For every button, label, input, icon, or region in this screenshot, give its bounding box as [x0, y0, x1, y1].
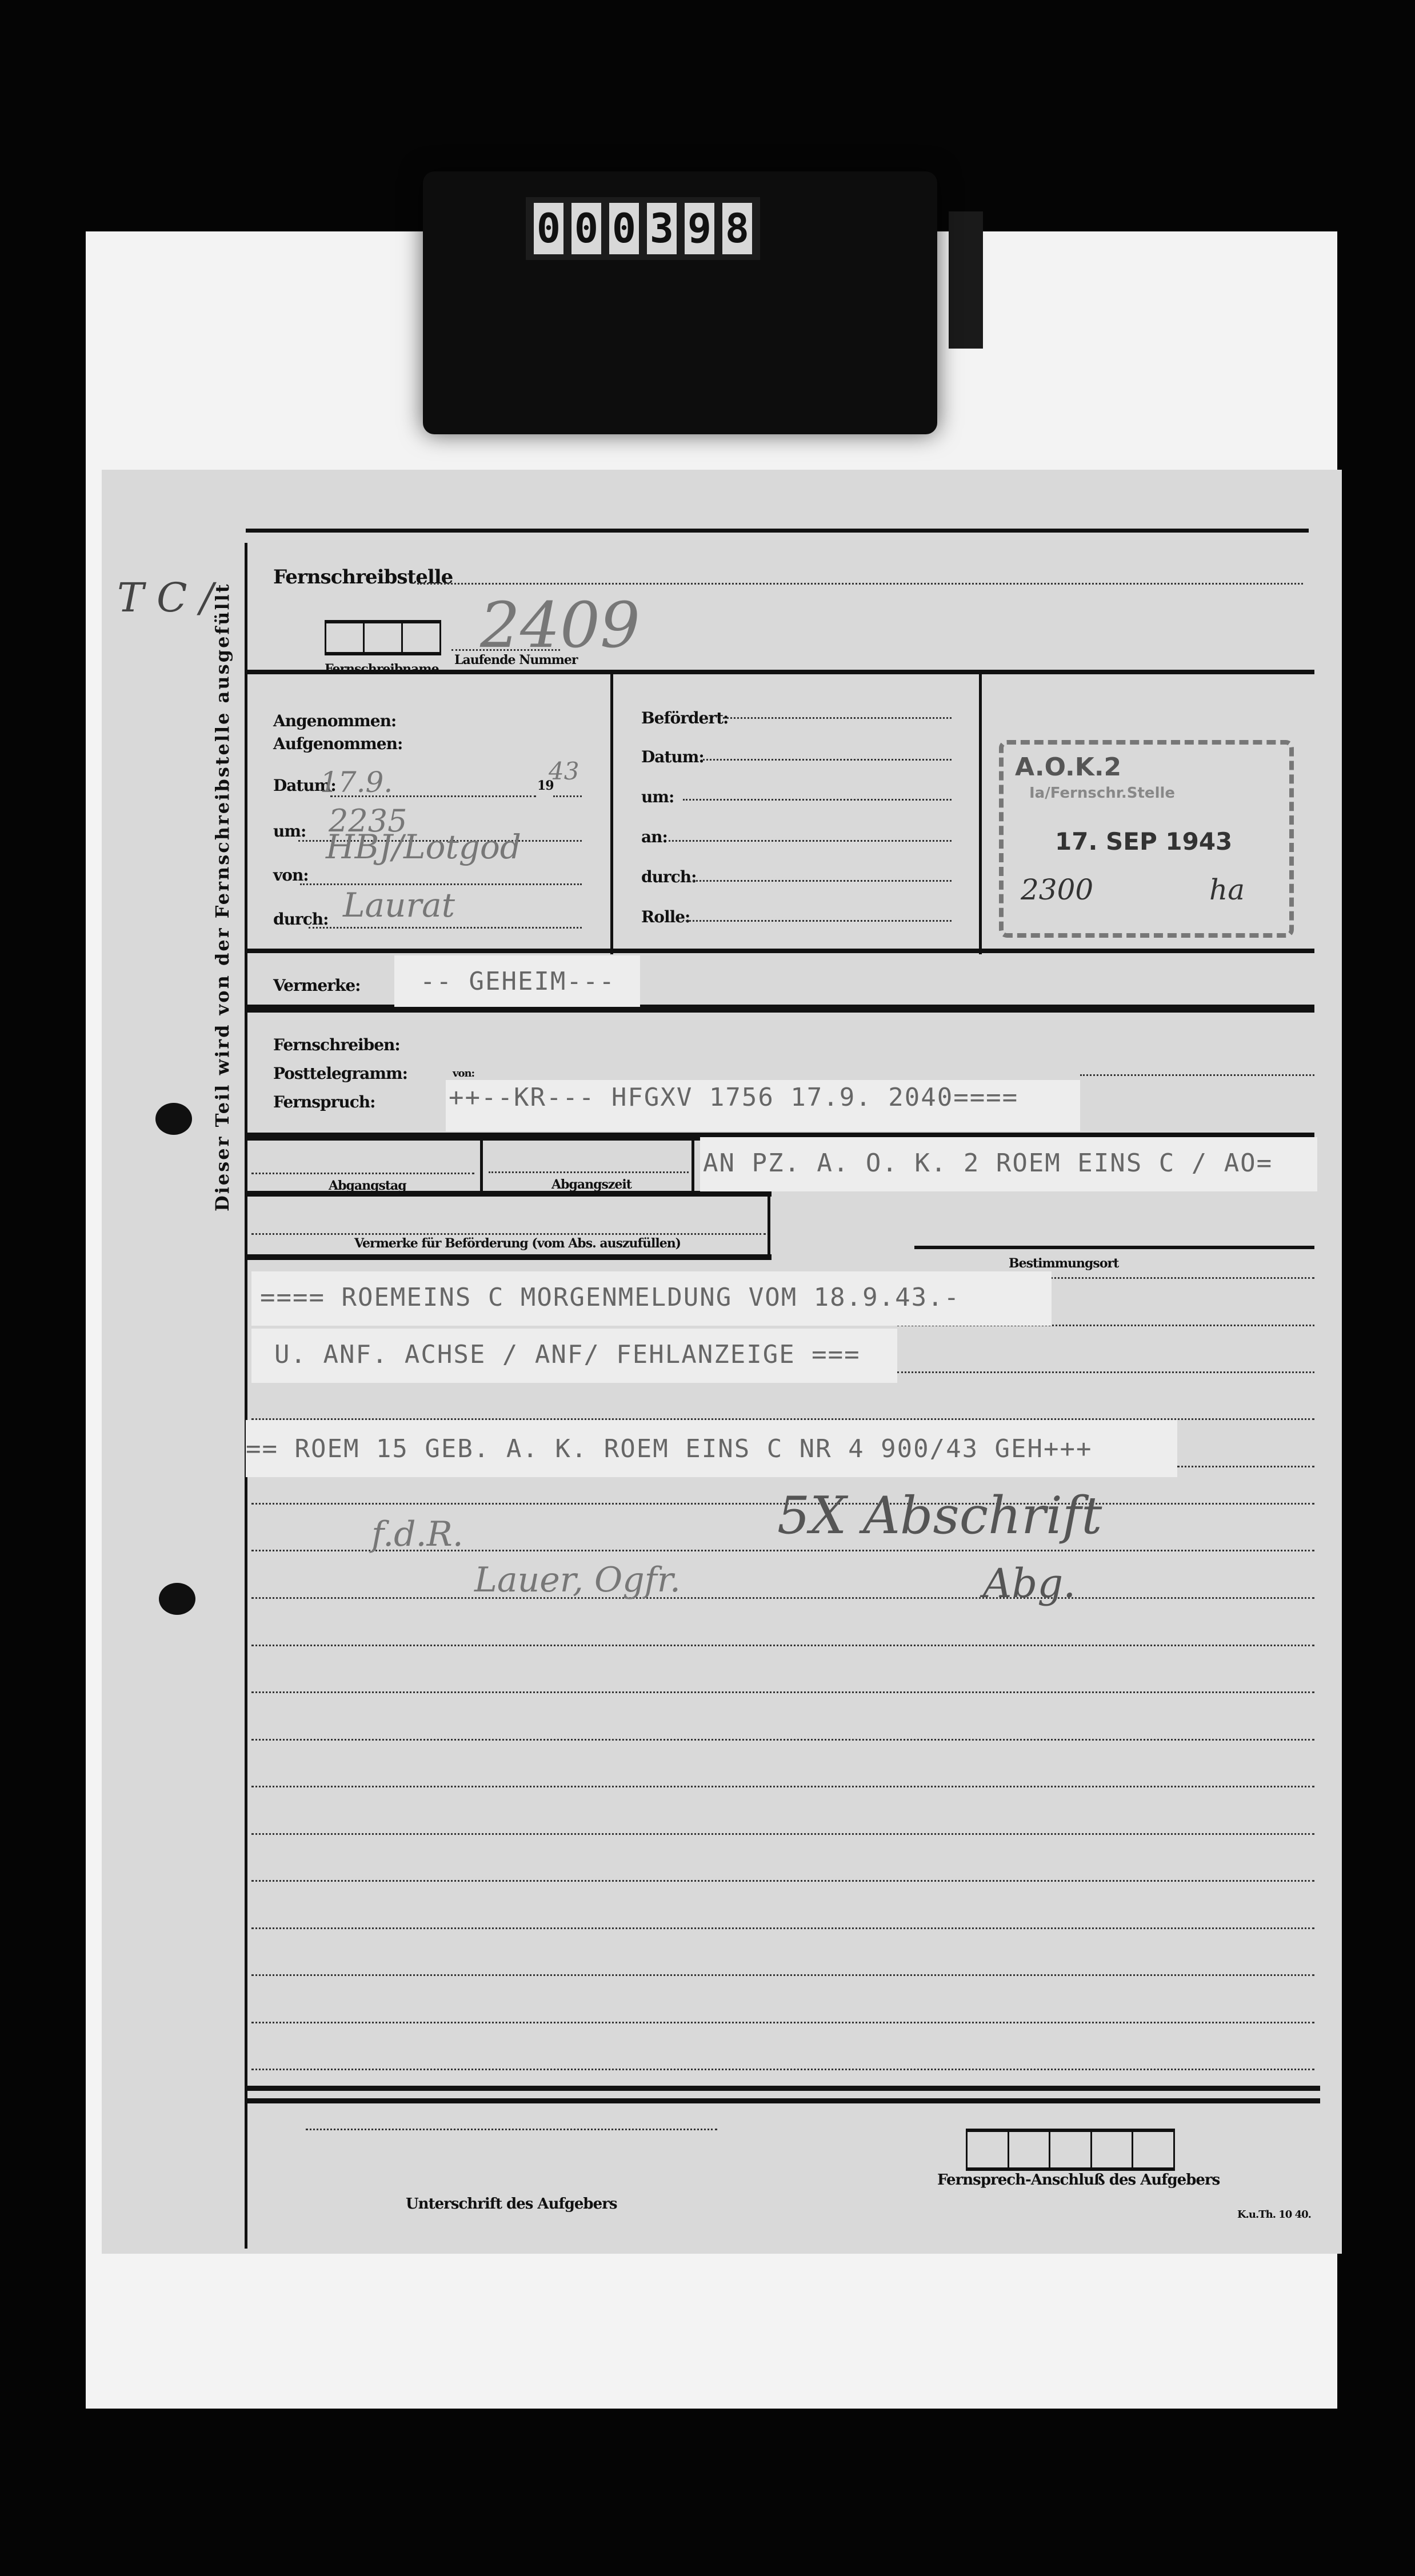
- departure-time-field[interactable]: [489, 1171, 689, 1173]
- body-line: [251, 1597, 1314, 1599]
- body-line: [251, 1645, 1314, 1646]
- rule: [246, 1254, 772, 1260]
- remarks-label: Vermerke:: [273, 976, 360, 995]
- from-value: HBJ/Lotgod: [326, 827, 521, 866]
- copy-initials: Abg.: [983, 1560, 1076, 1607]
- accepted-label: Angenommen:: [273, 711, 396, 730]
- vertical-caption: Dieser Teil wird von der Fernschreibstel…: [211, 582, 233, 1211]
- time-label: um:: [273, 822, 306, 841]
- recorded-label: Aufgenommen:: [273, 734, 402, 753]
- station-label: Fernschreibstelle: [273, 566, 453, 589]
- counter-digit: 0: [534, 203, 563, 254]
- body-line: [251, 1786, 1314, 1787]
- body-line: [251, 1927, 1314, 1929]
- type-phone-label: Fernspruch:: [273, 1093, 375, 1111]
- year-field[interactable]: [553, 795, 582, 797]
- counter-digit: 0: [571, 203, 601, 254]
- counter-digit: 0: [609, 203, 639, 254]
- body-line: [251, 1974, 1314, 1976]
- from-label: von:: [273, 866, 309, 885]
- by-label: durch:: [273, 910, 328, 929]
- signature: Lauer, Ogfr.: [474, 1560, 681, 1600]
- stamp-office: Ia/Fernschr.Stelle: [1029, 785, 1175, 802]
- counter-digit: 9: [685, 203, 714, 254]
- address-text: AN PZ. A. O. K. 2 ROEM EINS C / AO=: [703, 1149, 1273, 1178]
- departure-time-label: Abgangszeit: [551, 1177, 631, 1192]
- date-value: 17.9.: [320, 766, 393, 799]
- type-teleprint-label: Fernschreiben:: [273, 1035, 400, 1054]
- body-line: [251, 1739, 1314, 1741]
- signature-field[interactable]: [306, 2129, 717, 2130]
- classification-text: -- GEHEIM---: [420, 967, 615, 996]
- year-value: 43: [549, 757, 579, 785]
- by-value: Laurat: [343, 886, 455, 925]
- fwd-by-label: durch:: [641, 867, 696, 886]
- field-line: [1080, 1074, 1314, 1076]
- counter-digit: 3: [647, 203, 677, 254]
- counter-digit: 8: [722, 203, 752, 254]
- roll-label: Rolle:: [641, 907, 690, 926]
- from-small-label: von:: [453, 1067, 474, 1079]
- body-line: [251, 1691, 1314, 1693]
- destination-label: Bestimmungsort: [1009, 1256, 1118, 1271]
- by-field[interactable]: [309, 927, 582, 929]
- phone-label: Fernsprech-Anschluß des Aufgebers: [937, 2171, 1220, 2189]
- receipt-stamp: A.O.K.2 Ia/Fernschr.Stelle 17. SEP 1943 …: [999, 740, 1294, 938]
- body-line: [251, 2069, 1314, 2070]
- stamp-initials: ha: [1209, 873, 1245, 906]
- fwd-date-field[interactable]: [703, 759, 952, 761]
- rule: [246, 1191, 772, 1197]
- forwarded-label: Befördert:: [641, 709, 728, 727]
- rule: [246, 949, 1314, 953]
- name-label: Fernschreibname: [325, 662, 439, 677]
- rule: [246, 2098, 1320, 2103]
- fwd-to-field[interactable]: [669, 840, 952, 842]
- roll-field[interactable]: [686, 920, 952, 922]
- teleprinter-name-boxes[interactable]: [325, 620, 441, 655]
- departure-day-field[interactable]: [251, 1173, 474, 1174]
- rule: [768, 1194, 770, 1257]
- rule: [979, 674, 982, 954]
- fwd-by-field[interactable]: [689, 880, 952, 882]
- counter-clip: [949, 211, 983, 349]
- margin-note: T C /: [117, 574, 213, 621]
- stamp-date: 17. SEP 1943: [1055, 827, 1232, 855]
- counter-window: 0 0 0 3 9 8: [526, 197, 760, 260]
- body-text-line: U. ANF. ACHSE / ANF/ FEHLANZEIGE ===: [274, 1340, 861, 1369]
- punch-hole: [159, 1583, 195, 1615]
- rule: [691, 1141, 694, 1195]
- phone-boxes[interactable]: [966, 2129, 1175, 2171]
- forwarding-note-field[interactable]: [251, 1233, 766, 1235]
- body-line: [251, 2022, 1314, 2023]
- rule: [914, 1246, 1314, 1249]
- serial-number: 2409: [480, 589, 640, 662]
- body-text-line: == ROEM 15 GEB. A. K. ROEM EINS C NR 4 9…: [246, 1434, 1093, 1463]
- fwd-time-label: um:: [641, 787, 674, 806]
- left-rule: [245, 543, 247, 2249]
- body-line: [251, 1880, 1314, 1882]
- body-text-line: ==== ROEMEINS C MORGENMELDUNG VOM 18.9.4…: [260, 1283, 960, 1312]
- rule: [480, 1141, 483, 1195]
- fwd-date-label: Datum:: [641, 747, 704, 766]
- copy-note: 5X Abschrift: [777, 1486, 1102, 1546]
- signature-label: Unterschrift des Aufgebers: [406, 2195, 617, 2213]
- rule: [246, 2086, 1320, 2091]
- forwarded-field[interactable]: [723, 717, 952, 719]
- body-line: [251, 1833, 1314, 1835]
- fwd-time-field[interactable]: [683, 799, 952, 801]
- field-line[interactable]: [417, 583, 1303, 585]
- header-line-text: ++--KR--- HFGXV 1756 17.9. 2040====: [449, 1083, 1018, 1112]
- body-line: [1177, 1466, 1314, 1467]
- rule: [610, 674, 613, 954]
- top-rule: [246, 529, 1309, 533]
- fwd-to-label: an:: [641, 827, 667, 846]
- punch-hole: [155, 1103, 192, 1135]
- frame-counter: 0 0 0 3 9 8: [423, 171, 937, 434]
- forwarding-note-label: Vermerke für Beförderung (vom Abs. auszu…: [354, 1236, 681, 1251]
- certification-note: f.d.R.: [371, 1514, 463, 1554]
- stamp-unit: A.O.K.2: [1015, 753, 1121, 782]
- type-telegram-label: Posttelegramm:: [273, 1064, 407, 1083]
- from-field[interactable]: [300, 883, 582, 885]
- departure-day-label: Abgangstag: [329, 1178, 406, 1193]
- stamp-time: 2300: [1021, 873, 1093, 906]
- form-code: K.u.Th. 10 40.: [1237, 2209, 1311, 2221]
- body-line: [897, 1371, 1314, 1373]
